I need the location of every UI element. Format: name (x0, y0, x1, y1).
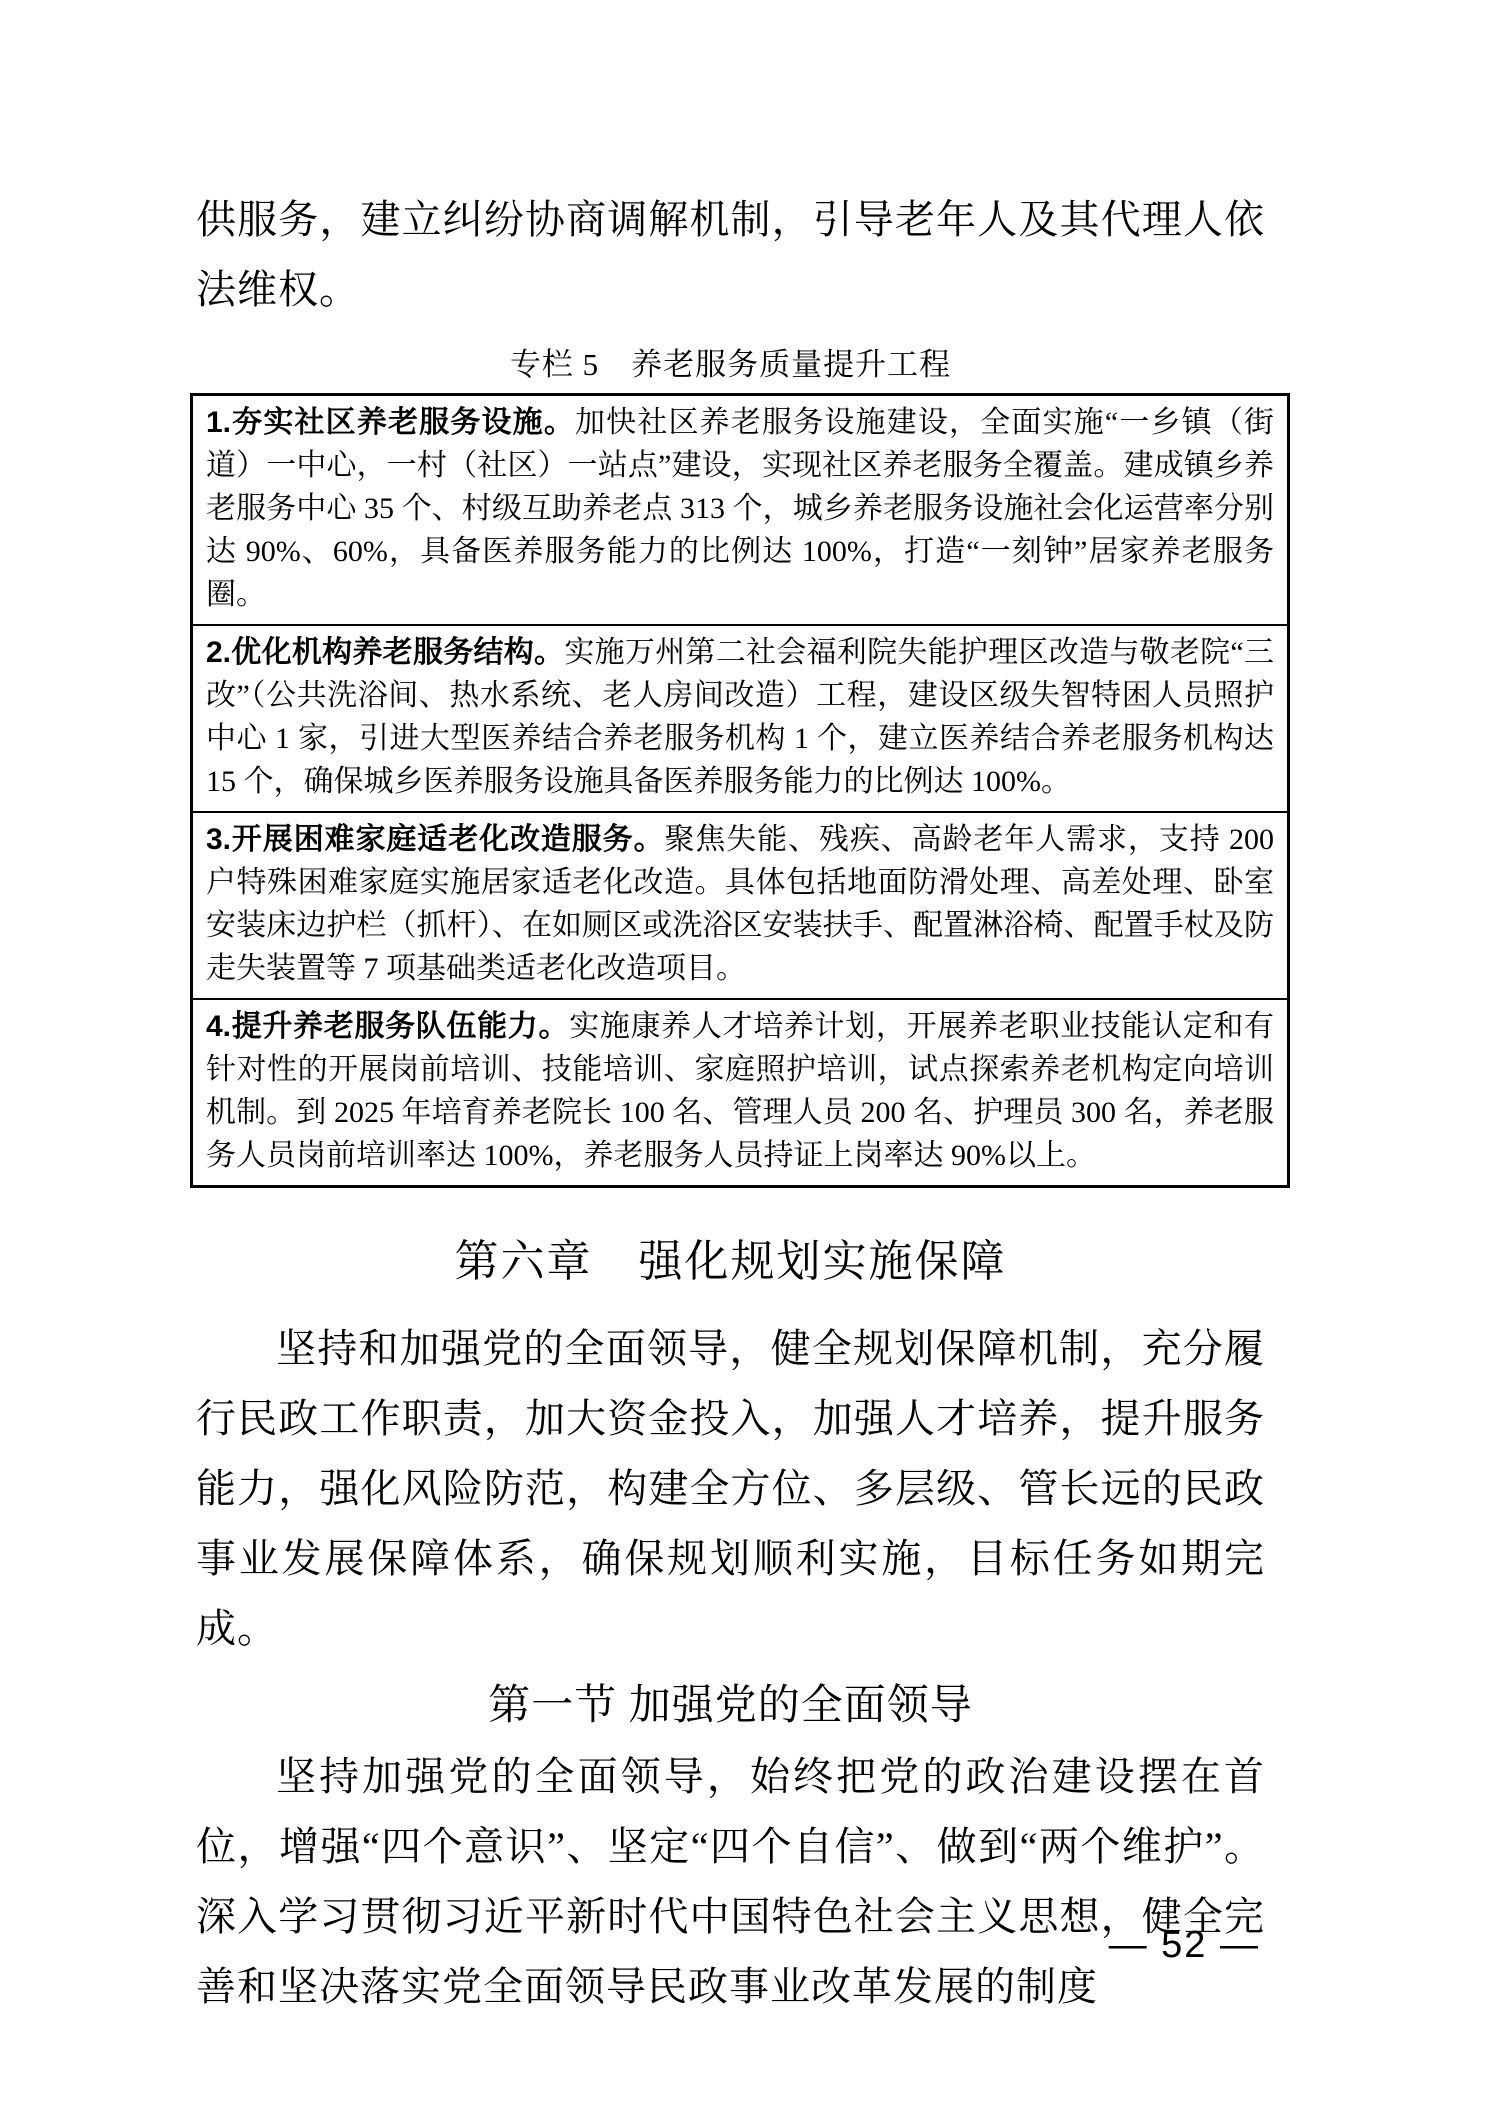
box-item-lead: 3.开展困难家庭适老化改造服务。 (206, 823, 664, 856)
chapter-heading: 第六章 强化规划实施保障 (196, 1236, 1265, 1288)
box-item-4: 4.提升养老服务队伍能力。实施康养人才培养计划，开展养老职业技能认定和有针对性的… (193, 998, 1287, 1185)
page-number: — 52 — (1109, 1922, 1260, 1968)
box-item-3: 3.开展困难家庭适老化改造服务。聚焦失能、残疾、高龄老年人需求，支持 200 户… (193, 811, 1287, 998)
box-item-lead: 1.夯实社区养老服务设施。 (206, 406, 575, 439)
box-item-3-paragraph: 3.开展困难家庭适老化改造服务。聚焦失能、残疾、高龄老年人需求，支持 200 户… (206, 818, 1274, 990)
box-item-2: 2.优化机构养老服务结构。实施万州第二社会福利院失能护理区改造与敬老院“三改”（… (193, 624, 1287, 811)
section-heading: 第一节 加强党的全面领导 (196, 1680, 1265, 1732)
box-item-1: 1.夯实社区养老服务设施。加快社区养老服务设施建设，全面实施“一乡镇（街道）一中… (193, 396, 1287, 624)
box-item-1-paragraph: 1.夯实社区养老服务设施。加快社区养老服务设施建设，全面实施“一乡镇（街道）一中… (206, 401, 1274, 616)
box-title: 专栏 5 养老服务质量提升工程 (196, 345, 1265, 385)
box-item-lead: 4.提升养老服务队伍能力。 (206, 1010, 569, 1043)
box-item-2-paragraph: 2.优化机构养老服务结构。实施万州第二社会福利院失能护理区改造与敬老院“三改”（… (206, 631, 1274, 803)
continuation-paragraph: 供服务，建立纠纷协商调解机制，引导老年人及其代理人依法维权。 (196, 185, 1265, 325)
document-page: 供服务，建立纠纷协商调解机制，引导老年人及其代理人依法维权。 专栏 5 养老服务… (0, 0, 1488, 2104)
box-item-lead: 2.优化机构养老服务结构。 (206, 636, 564, 669)
feature-box-table: 1.夯实社区养老服务设施。加快社区养老服务设施建设，全面实施“一乡镇（街道）一中… (190, 393, 1290, 1188)
chapter-paragraph: 坚持和加强党的全面领导，健全规划保障机制，充分履行民政工作职责，加大资金投入，加… (196, 1314, 1265, 1664)
section-paragraph: 坚持加强党的全面领导，始终把党的政治建设摆在首位，增强“四个意识”、坚定“四个自… (196, 1742, 1265, 2022)
box-item-4-paragraph: 4.提升养老服务队伍能力。实施康养人才培养计划，开展养老职业技能认定和有针对性的… (206, 1005, 1274, 1177)
